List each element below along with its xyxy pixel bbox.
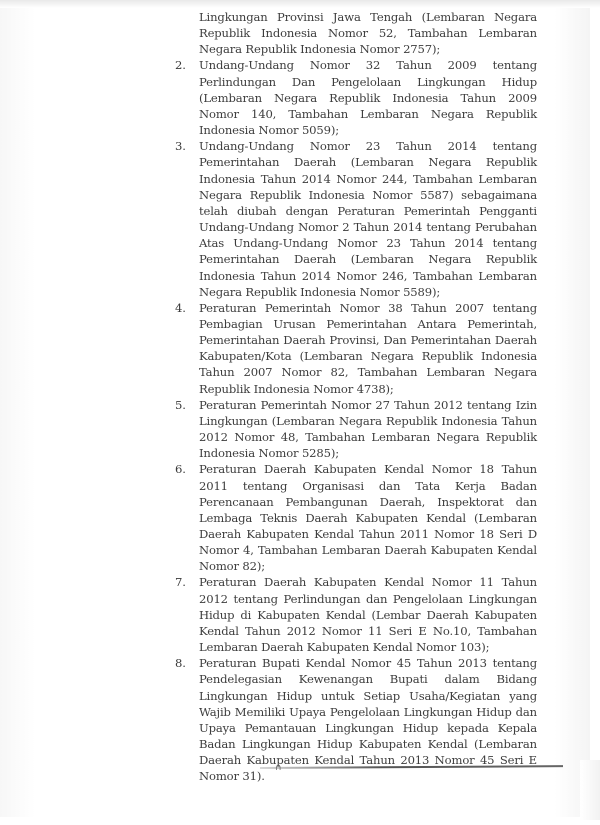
scan-edge-shadow (580, 760, 600, 820)
list-item-number: 5. (175, 397, 186, 413)
list-item-continuation: Lingkungan Provinsi Jawa Tengah (Lembara… (199, 9, 537, 57)
list-item-number: 7. (175, 574, 186, 590)
list-item-text: Peraturan Daerah Kabupaten Kendal Nomor … (199, 461, 537, 574)
list-item-number: 8. (175, 655, 186, 671)
list-item: 7. Peraturan Daerah Kabupaten Kendal Nom… (199, 574, 537, 655)
list-item-text: Lingkungan Provinsi Jawa Tengah (Lembara… (199, 9, 537, 57)
list-item-number: 6. (175, 461, 186, 477)
list-item: 6. Peraturan Daerah Kabupaten Kendal Nom… (199, 461, 537, 574)
list-item-text: Peraturan Pemerintah Nomor 27 Tahun 2012… (199, 397, 537, 462)
list-item: 4. Peraturan Pemerintah Nomor 38 Tahun 2… (199, 300, 537, 397)
list-item-text: Peraturan Daerah Kabupaten Kendal Nomor … (199, 574, 537, 655)
list-item: 2. Undang-Undang Nomor 32 Tahun 2009 ten… (199, 57, 537, 138)
list-item-text: Undang-Undang Nomor 32 Tahun 2009 tentan… (199, 57, 537, 138)
initial-mark-icon: ∩ (275, 763, 282, 773)
scan-top-shadow (0, 0, 600, 8)
list-item-text: Undang-Undang Nomor 23 Tahun 2014 tentan… (199, 138, 537, 300)
list-item-text: Peraturan Pemerintah Nomor 38 Tahun 2007… (199, 300, 537, 397)
list-item: 5. Peraturan Pemerintah Nomor 27 Tahun 2… (199, 397, 537, 462)
list-item-number: 4. (175, 300, 186, 316)
list-item-number: 2. (175, 57, 186, 73)
legal-basis-list: Lingkungan Provinsi Jawa Tengah (Lembara… (199, 9, 537, 785)
list-item: 3. Undang-Undang Nomor 23 Tahun 2014 ten… (199, 138, 537, 300)
list-item-number: 3. (175, 138, 186, 154)
